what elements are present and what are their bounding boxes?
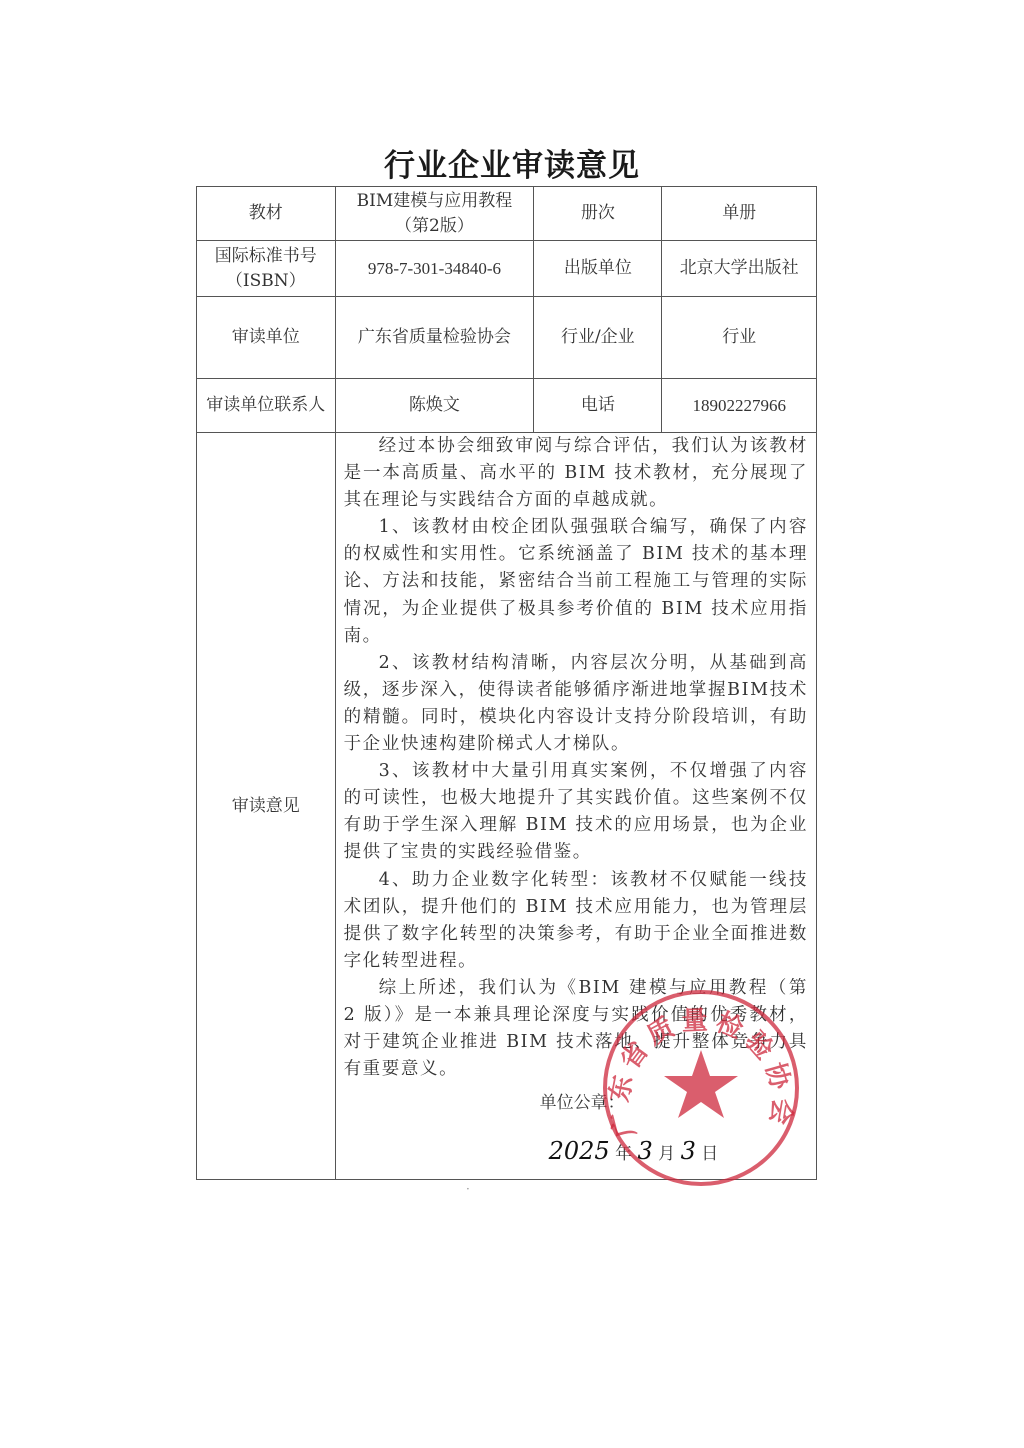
- value-volume: 单册: [662, 187, 817, 241]
- date-month: 3: [637, 1137, 652, 1165]
- date-year-unit: 年: [615, 1144, 632, 1164]
- value-publisher: 北京大学出版社: [662, 241, 817, 297]
- table-row: 审读单位联系人 陈焕文 电话 18902227966: [197, 379, 817, 433]
- label-opinion: 审读意见: [197, 433, 336, 1180]
- value-review-unit: 广东省质量检验协会: [335, 297, 534, 379]
- opinion-content: 经过本协会细致审阅与综合评估，我们认为该教材是一本高质量、高水平的 BIM 技术…: [335, 433, 816, 1180]
- label-isbn: 国际标准书号（ISBN）: [197, 241, 336, 297]
- opinion-paragraph: 3、该教材中大量引用真实案例，不仅增强了内容的可读性，也极大地提升了其实践价值。…: [344, 758, 808, 866]
- opinion-paragraph: 2、该教材结构清晰，内容层次分明，从基础到高级，逐步深入，使得读者能够循序渐进地…: [344, 650, 808, 758]
- table-row: 教材 BIM建模与应用教程（第2版） 册次 单册: [197, 187, 817, 241]
- document-title: 行业企业审读意见: [0, 140, 1024, 185]
- seal-label: 单位公章：: [540, 1091, 625, 1116]
- value-textbook: BIM建模与应用教程（第2版）: [335, 187, 534, 241]
- opinion-paragraph: 综上所述，我们认为《BIM 建模与应用教程（第 2 版）》是一本兼具理论深度与实…: [344, 975, 808, 1083]
- label-contact: 审读单位联系人: [197, 379, 336, 433]
- date-year: 2025: [549, 1137, 610, 1165]
- label-volume: 册次: [534, 187, 662, 241]
- table-row-opinion: 审读意见 经过本协会细致审阅与综合评估，我们认为该教材是一本高质量、高水平的 B…: [197, 433, 817, 1180]
- value-industry-enterprise: 行业: [662, 297, 817, 379]
- table-row: 国际标准书号（ISBN） 978-7-301-34840-6 出版单位 北京大学…: [197, 241, 817, 297]
- value-isbn: 978-7-301-34840-6: [335, 241, 534, 297]
- scan-mark: ·: [466, 1182, 470, 1196]
- review-form-table: 教材 BIM建模与应用教程（第2版） 册次 单册 国际标准书号（ISBN） 97…: [196, 186, 817, 1180]
- label-review-unit: 审读单位: [197, 297, 336, 379]
- opinion-paragraph: 经过本协会细致审阅与综合评估，我们认为该教材是一本高质量、高水平的 BIM 技术…: [344, 433, 808, 514]
- value-contact: 陈焕文: [335, 379, 534, 433]
- value-phone: 18902227966: [662, 379, 817, 433]
- label-phone: 电话: [534, 379, 662, 433]
- date-month-unit: 月: [658, 1144, 675, 1164]
- label-publisher: 出版单位: [534, 241, 662, 297]
- date-day: 3: [681, 1137, 696, 1165]
- label-industry-enterprise: 行业/企业: [534, 297, 662, 379]
- label-textbook: 教材: [197, 187, 336, 241]
- opinion-paragraph: 1、该教材由校企团队强强联合编写，确保了内容的权威性和实用性。它系统涵盖了 BI…: [344, 514, 808, 649]
- date-day-unit: 日: [701, 1144, 718, 1164]
- opinion-paragraph: 4、助力企业数字化转型：该教材不仅赋能一线技术团队，提升他们的 BIM 技术应用…: [344, 867, 808, 975]
- table-row: 审读单位 广东省质量检验协会 行业/企业 行业: [197, 297, 817, 379]
- signature-date: 2025 年 3 月 3 日: [549, 1139, 719, 1167]
- signature-block: 单位公章： 2025 年 3 月 3 日: [344, 1083, 808, 1179]
